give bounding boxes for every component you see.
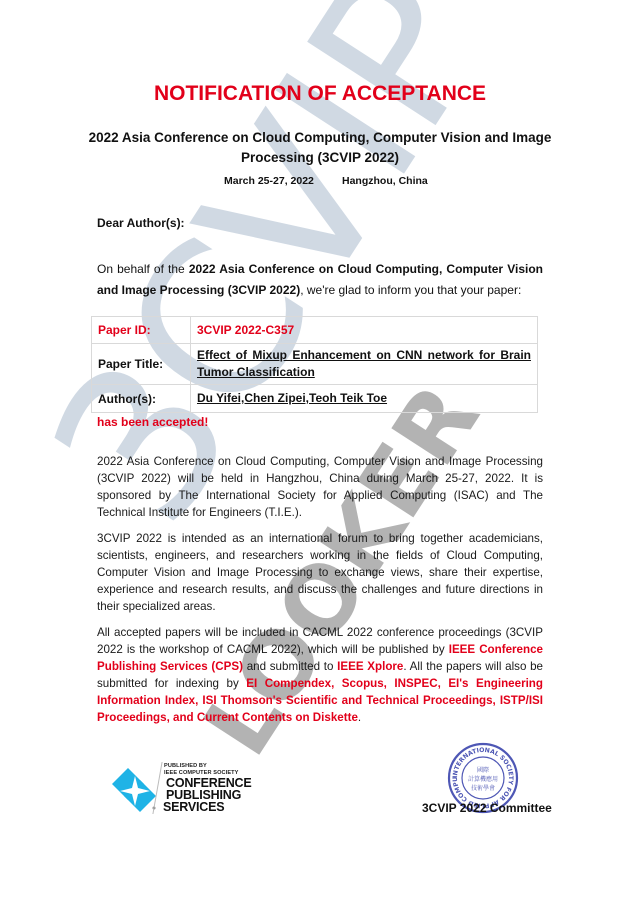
intro-suffix: , we're glad to inform you that your pap… <box>300 283 521 297</box>
proceedings-paragraph: All accepted papers will be included in … <box>97 624 543 726</box>
salutation: Dear Author(s): <box>97 216 185 230</box>
seal-center-3: 技術學會 <box>471 784 495 792</box>
conference-title: 2022 Asia Conference on Cloud Computing,… <box>80 128 560 168</box>
ieee-cps-star-diamond-icon <box>108 762 160 814</box>
page-title: NOTIFICATION OF ACCEPTANCE <box>0 82 640 106</box>
table-row: Author(s): Du Yifei,Chen Zipei,Teoh Teik… <box>92 385 538 413</box>
seal-center-1: 國際 <box>477 766 489 774</box>
proceedings-text-2: and submitted to <box>243 660 337 673</box>
conference-info-paragraph: 2022 Asia Conference on Cloud Computing,… <box>97 453 543 521</box>
seal-center-2: 計算機應用 <box>468 775 498 783</box>
signature-committee: 3CVIP 2022 Committee <box>422 801 552 815</box>
logo-services: SERVICES <box>163 801 224 814</box>
intro-paragraph: On behalf of the 2022 Asia Conference on… <box>97 259 543 301</box>
paper-title-label: Paper Title: <box>92 344 191 385</box>
proceedings-text-4: . <box>358 711 361 724</box>
paper-id-label: Paper ID: <box>92 317 191 344</box>
accepted-status: has been accepted! <box>97 415 208 429</box>
letter-content: NOTIFICATION OF ACCEPTANCE 2022 Asia Con… <box>0 0 640 905</box>
logo-published-by: PUBLISHED BY <box>164 763 207 769</box>
conference-date: March 25-27, 2022 <box>224 175 314 187</box>
intro-prefix: On behalf of the <box>97 262 189 276</box>
paper-id-value: 3CVIP 2022-C357 <box>191 317 538 344</box>
table-row: Paper Title: Effect of Mixup Enhancement… <box>92 344 538 385</box>
paper-info-table: Paper ID: 3CVIP 2022-C357 Paper Title: E… <box>91 316 538 413</box>
conference-location: Hangzhou, China <box>342 175 428 187</box>
ieee-cps-logo: PUBLISHED BY IEEE COMPUTER SOCIETY CONFE… <box>108 760 248 816</box>
paper-title-value: Effect of Mixup Enhancement on CNN netwo… <box>197 348 531 379</box>
acceptance-letter-page: 3CVIP 2022 LOOKER NOTIFICATION OF ACCEPT… <box>0 0 640 905</box>
conference-scope-paragraph: 3CVIP 2022 is intended as an internation… <box>97 530 543 615</box>
table-row: Paper ID: 3CVIP 2022-C357 <box>92 317 538 344</box>
authors-value: Du Yifei,Chen Zipei,Teoh Teik Toe <box>197 391 387 405</box>
authors-label: Author(s): <box>92 385 191 413</box>
xplore-highlight: IEEE Xplore <box>337 660 403 673</box>
